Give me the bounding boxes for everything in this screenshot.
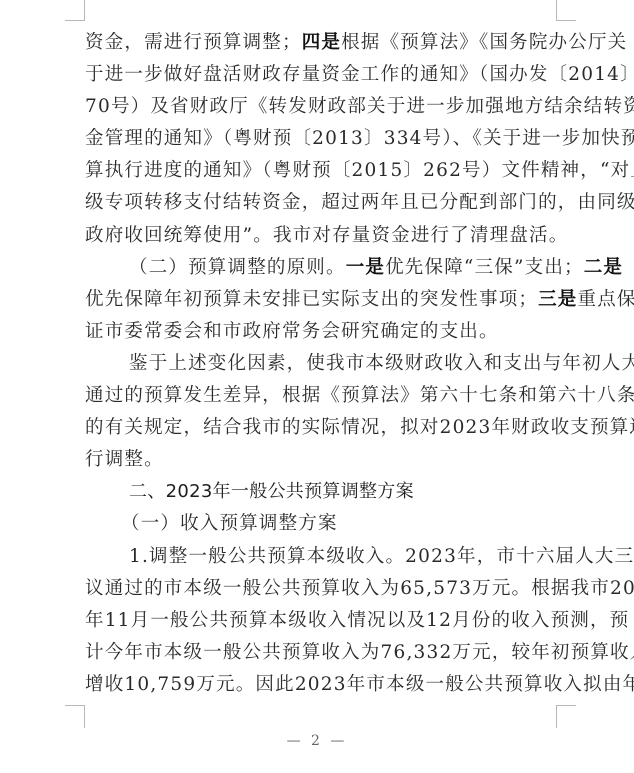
paragraph-line: 优先保障年初预算未安排已实际支出的突发性事项；三是重点保 (85, 284, 555, 316)
bold-keyword: 一是 (346, 257, 385, 278)
section-heading: 二、2023年一般公共预算调整方案 (85, 476, 555, 508)
text-run: 资金，需进行预算调整； (85, 32, 302, 53)
subsection-heading: （一）收入预算调整方案 (85, 508, 555, 540)
document-body: 资金，需进行预算调整；四是根据《预算法》《国务院办公厅关 于进一步做好盘活财政存… (85, 27, 555, 701)
text-run: 优先保障年初预算未安排已实际支出的突发性事项； (85, 289, 538, 310)
paragraph-line: 通过的预算发生差异，根据《预算法》第六十七条和第六十八条 (85, 380, 555, 412)
paragraph-line: （二）预算调整的原则。一是优先保障“三保”支出；二是 (85, 252, 555, 284)
bold-keyword: 三是 (538, 289, 577, 310)
page-corner-mark-bottom-left (65, 705, 85, 728)
paragraph-line: 证市委常委会和市政府常务会研究确定的支出。 (85, 316, 555, 348)
text-run: 优先保障“三保”支出； (385, 257, 584, 278)
paragraph-line: 的有关规定，结合我市的实际情况，拟对2023年财政收支预算进 (85, 412, 555, 444)
paragraph-line: 年11月一般公共预算本级收入情况以及12月份的收入预测，预 (85, 605, 555, 637)
paragraph-line: 议通过的市本级一般公共预算收入为65,573万元。根据我市2023 (85, 573, 555, 605)
paragraph-line: 70号）及省财政厅《转发财政部关于进一步加强地方结余结转资 (85, 91, 555, 123)
text-run: 重点保 (578, 289, 634, 310)
page-corner-mark-top-right (556, 0, 576, 21)
page-corner-mark-top-left (65, 0, 85, 21)
text-run: 根据《预算法》《国务院办公厅关 (341, 32, 627, 53)
paragraph-line: 1.调整一般公共预算本级收入。2023年，市十六届人大三次会 (85, 541, 555, 573)
page-corner-mark-bottom-right (556, 705, 576, 728)
paragraph-line: 鉴于上述变化因素，使我市本级财政收入和支出与年初人大 (85, 348, 555, 380)
paragraph-line: 政府收回统筹使用”。我市对存量资金进行了清理盘活。 (85, 220, 555, 252)
paragraph-line: 行调整。 (85, 444, 555, 476)
paragraph-line: 级专项转移支付结转资金，超过两年且已分配到部门的，由同级 (85, 187, 555, 219)
page-number: — 2 — (0, 733, 634, 749)
paragraph-line: 增收10,759万元。因此2023年市本级一般公共预算收入拟由年 (85, 669, 555, 701)
paragraph-line: 金管理的通知》（粤财预〔2013〕334号）、《关于进一步加快预 (85, 123, 555, 155)
bold-keyword: 二是 (584, 257, 623, 278)
text-run: （二）预算调整的原则。 (129, 257, 346, 278)
paragraph-line: 计今年市本级一般公共预算收入为76,332万元，较年初预算收入 (85, 637, 555, 669)
paragraph-line: 算执行进度的通知》（粤财预〔2015〕262号）文件精神，“对上 (85, 155, 555, 187)
bold-keyword: 四是 (302, 32, 341, 53)
paragraph-line: 于进一步做好盘活财政存量资金工作的通知》（国办发〔2014〕 (85, 59, 555, 91)
paragraph-line: 资金，需进行预算调整；四是根据《预算法》《国务院办公厅关 (85, 27, 555, 59)
